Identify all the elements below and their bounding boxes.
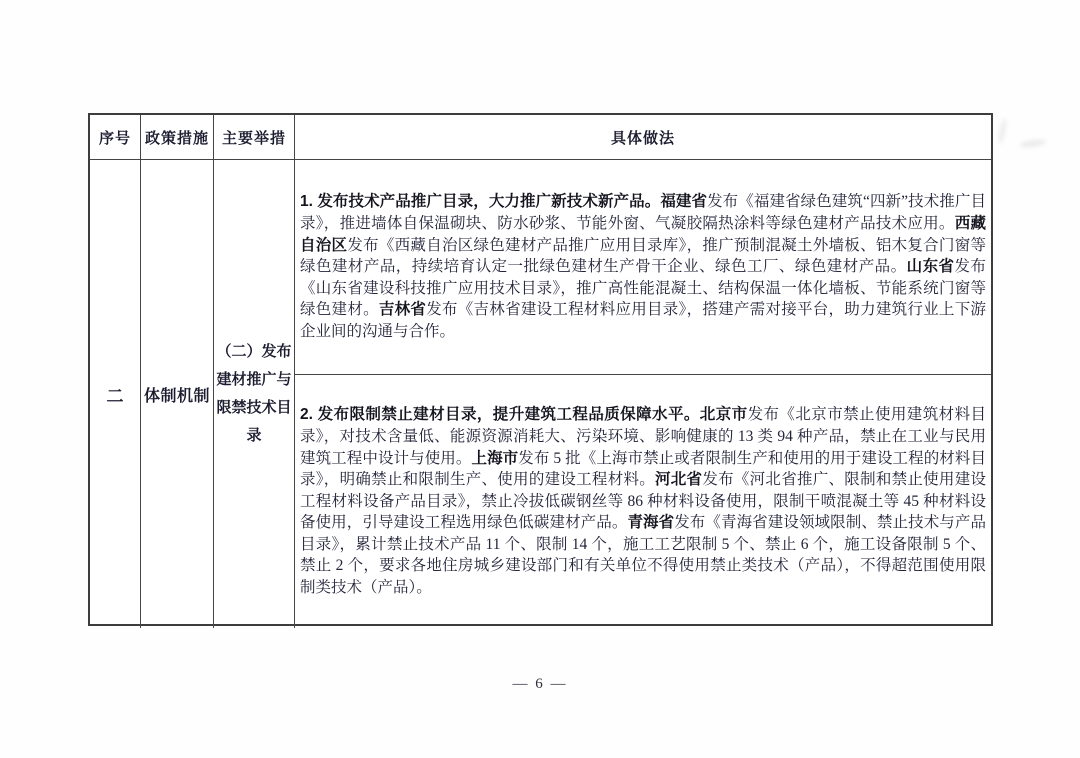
cell-specific-practice-1: 1. 发布技术产品推广目录，大力推广新技术新产品。福建省发布《福建省绿色建筑“四…	[295, 160, 991, 375]
watermark-smudge	[997, 118, 1007, 144]
col-header-serial-number: 序号	[90, 115, 141, 160]
col-header-specific-practice: 具体做法	[295, 115, 991, 160]
cell-specific-practice-2: 2. 发布限制禁止建材目录，提升建筑工程品质保障水平。北京市发布《北京市禁止使用…	[295, 375, 991, 628]
col-header-main-initiative: 主要举措	[214, 115, 295, 160]
document-page: 序号 政策措施 主要举措 具体做法 二 体制机制 （二）发布建材推广与限禁技术目…	[0, 0, 1080, 758]
cell-policy-measure: 体制机制	[141, 160, 214, 628]
detail-paragraph-2: 2. 发布限制禁止建材目录，提升建筑工程品质保障水平。北京市发布《北京市禁止使用…	[295, 404, 991, 598]
watermark-smudge	[1020, 138, 1047, 149]
detail-paragraph-1: 1. 发布技术产品推广目录，大力推广新技术新产品。福建省发布《福建省绿色建筑“四…	[295, 191, 991, 342]
cell-main-initiative: （二）发布建材推广与限禁技术目录	[214, 160, 295, 628]
page-number: — 6 —	[0, 676, 1080, 693]
cell-serial-number: 二	[90, 160, 141, 628]
policy-measures-table: 序号 政策措施 主要举措 具体做法 二 体制机制 （二）发布建材推广与限禁技术目…	[88, 113, 993, 626]
col-header-policy-measure: 政策措施	[141, 115, 214, 160]
